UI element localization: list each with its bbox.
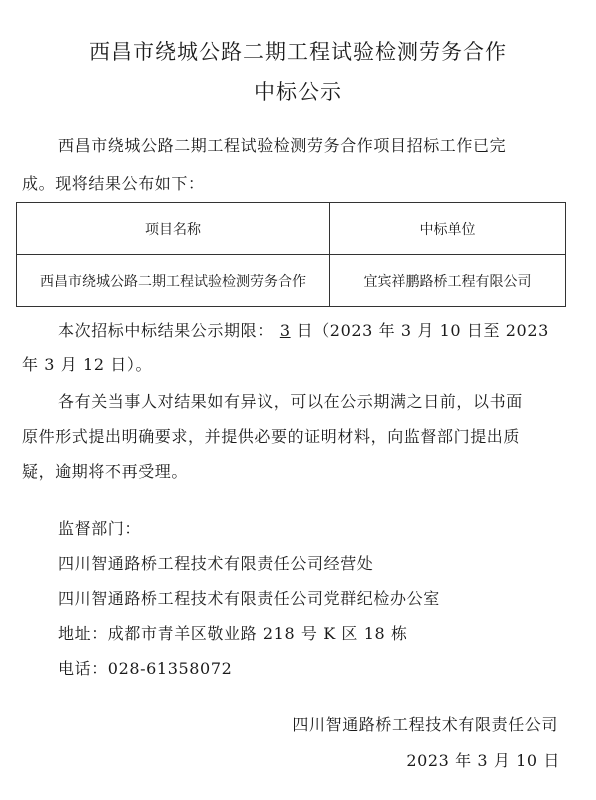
document-title-line1: 西昌市绕城公路二期工程试验检测劳务合作 xyxy=(0,36,596,66)
supervision-label: 监督部门： xyxy=(58,516,141,539)
intro-line2: 成。现将结果公布如下： xyxy=(22,171,205,194)
supervision-phone: 电话：028-61358072 xyxy=(58,656,232,679)
objection-line2: 原件形式提出明确要求，并提供必要的证明材料，向监督部门提出质 xyxy=(22,424,520,447)
period-line1: 本次招标中标结果公示期限：3日（2023 年 3 月 10 日至 2023 xyxy=(58,318,549,341)
table-row: 西昌市绕城公路二期工程试验检测劳务合作 宜宾祥鹏路桥工程有限公司 xyxy=(17,255,566,307)
table-header-row: 项目名称 中标单位 xyxy=(17,203,566,255)
period-line2: 年 3 月 12 日）。 xyxy=(22,352,152,375)
objection-line3: 疑，逾期将不再受理。 xyxy=(22,459,188,482)
document-title-line2: 中标公示 xyxy=(0,76,596,106)
supervision-address: 地址：成都市青羊区敬业路 218 号 K 区 18 栋 xyxy=(58,621,408,644)
objection-line1: 各有关当事人对结果如有异议，可以在公示期满之日前，以书面 xyxy=(58,389,523,412)
supervision-dept2: 四川智通路桥工程技术有限责任公司党群纪检办公室 xyxy=(58,586,440,609)
supervision-dept1: 四川智通路桥工程技术有限责任公司经营处 xyxy=(58,551,373,574)
period-suffix: 日（2023 年 3 月 10 日至 2023 xyxy=(297,321,549,340)
cell-project-name: 西昌市绕城公路二期工程试验检测劳务合作 xyxy=(17,255,330,307)
period-prefix: 本次招标中标结果公示期限： xyxy=(58,321,274,340)
cell-winning-bidder: 宜宾祥鹏路桥工程有限公司 xyxy=(330,255,566,307)
signature-company: 四川智通路桥工程技术有限责任公司 xyxy=(292,712,558,735)
intro-line1: 西昌市绕城公路二期工程试验检测劳务合作项目招标工作已完 xyxy=(58,133,506,156)
header-winning-bidder: 中标单位 xyxy=(330,203,566,255)
signature-date: 2023 年 3 月 10 日 xyxy=(406,748,560,771)
header-project-name: 项目名称 xyxy=(17,203,330,255)
period-days: 3 xyxy=(274,321,297,340)
result-table: 项目名称 中标单位 西昌市绕城公路二期工程试验检测劳务合作 宜宾祥鹏路桥工程有限… xyxy=(16,202,566,307)
